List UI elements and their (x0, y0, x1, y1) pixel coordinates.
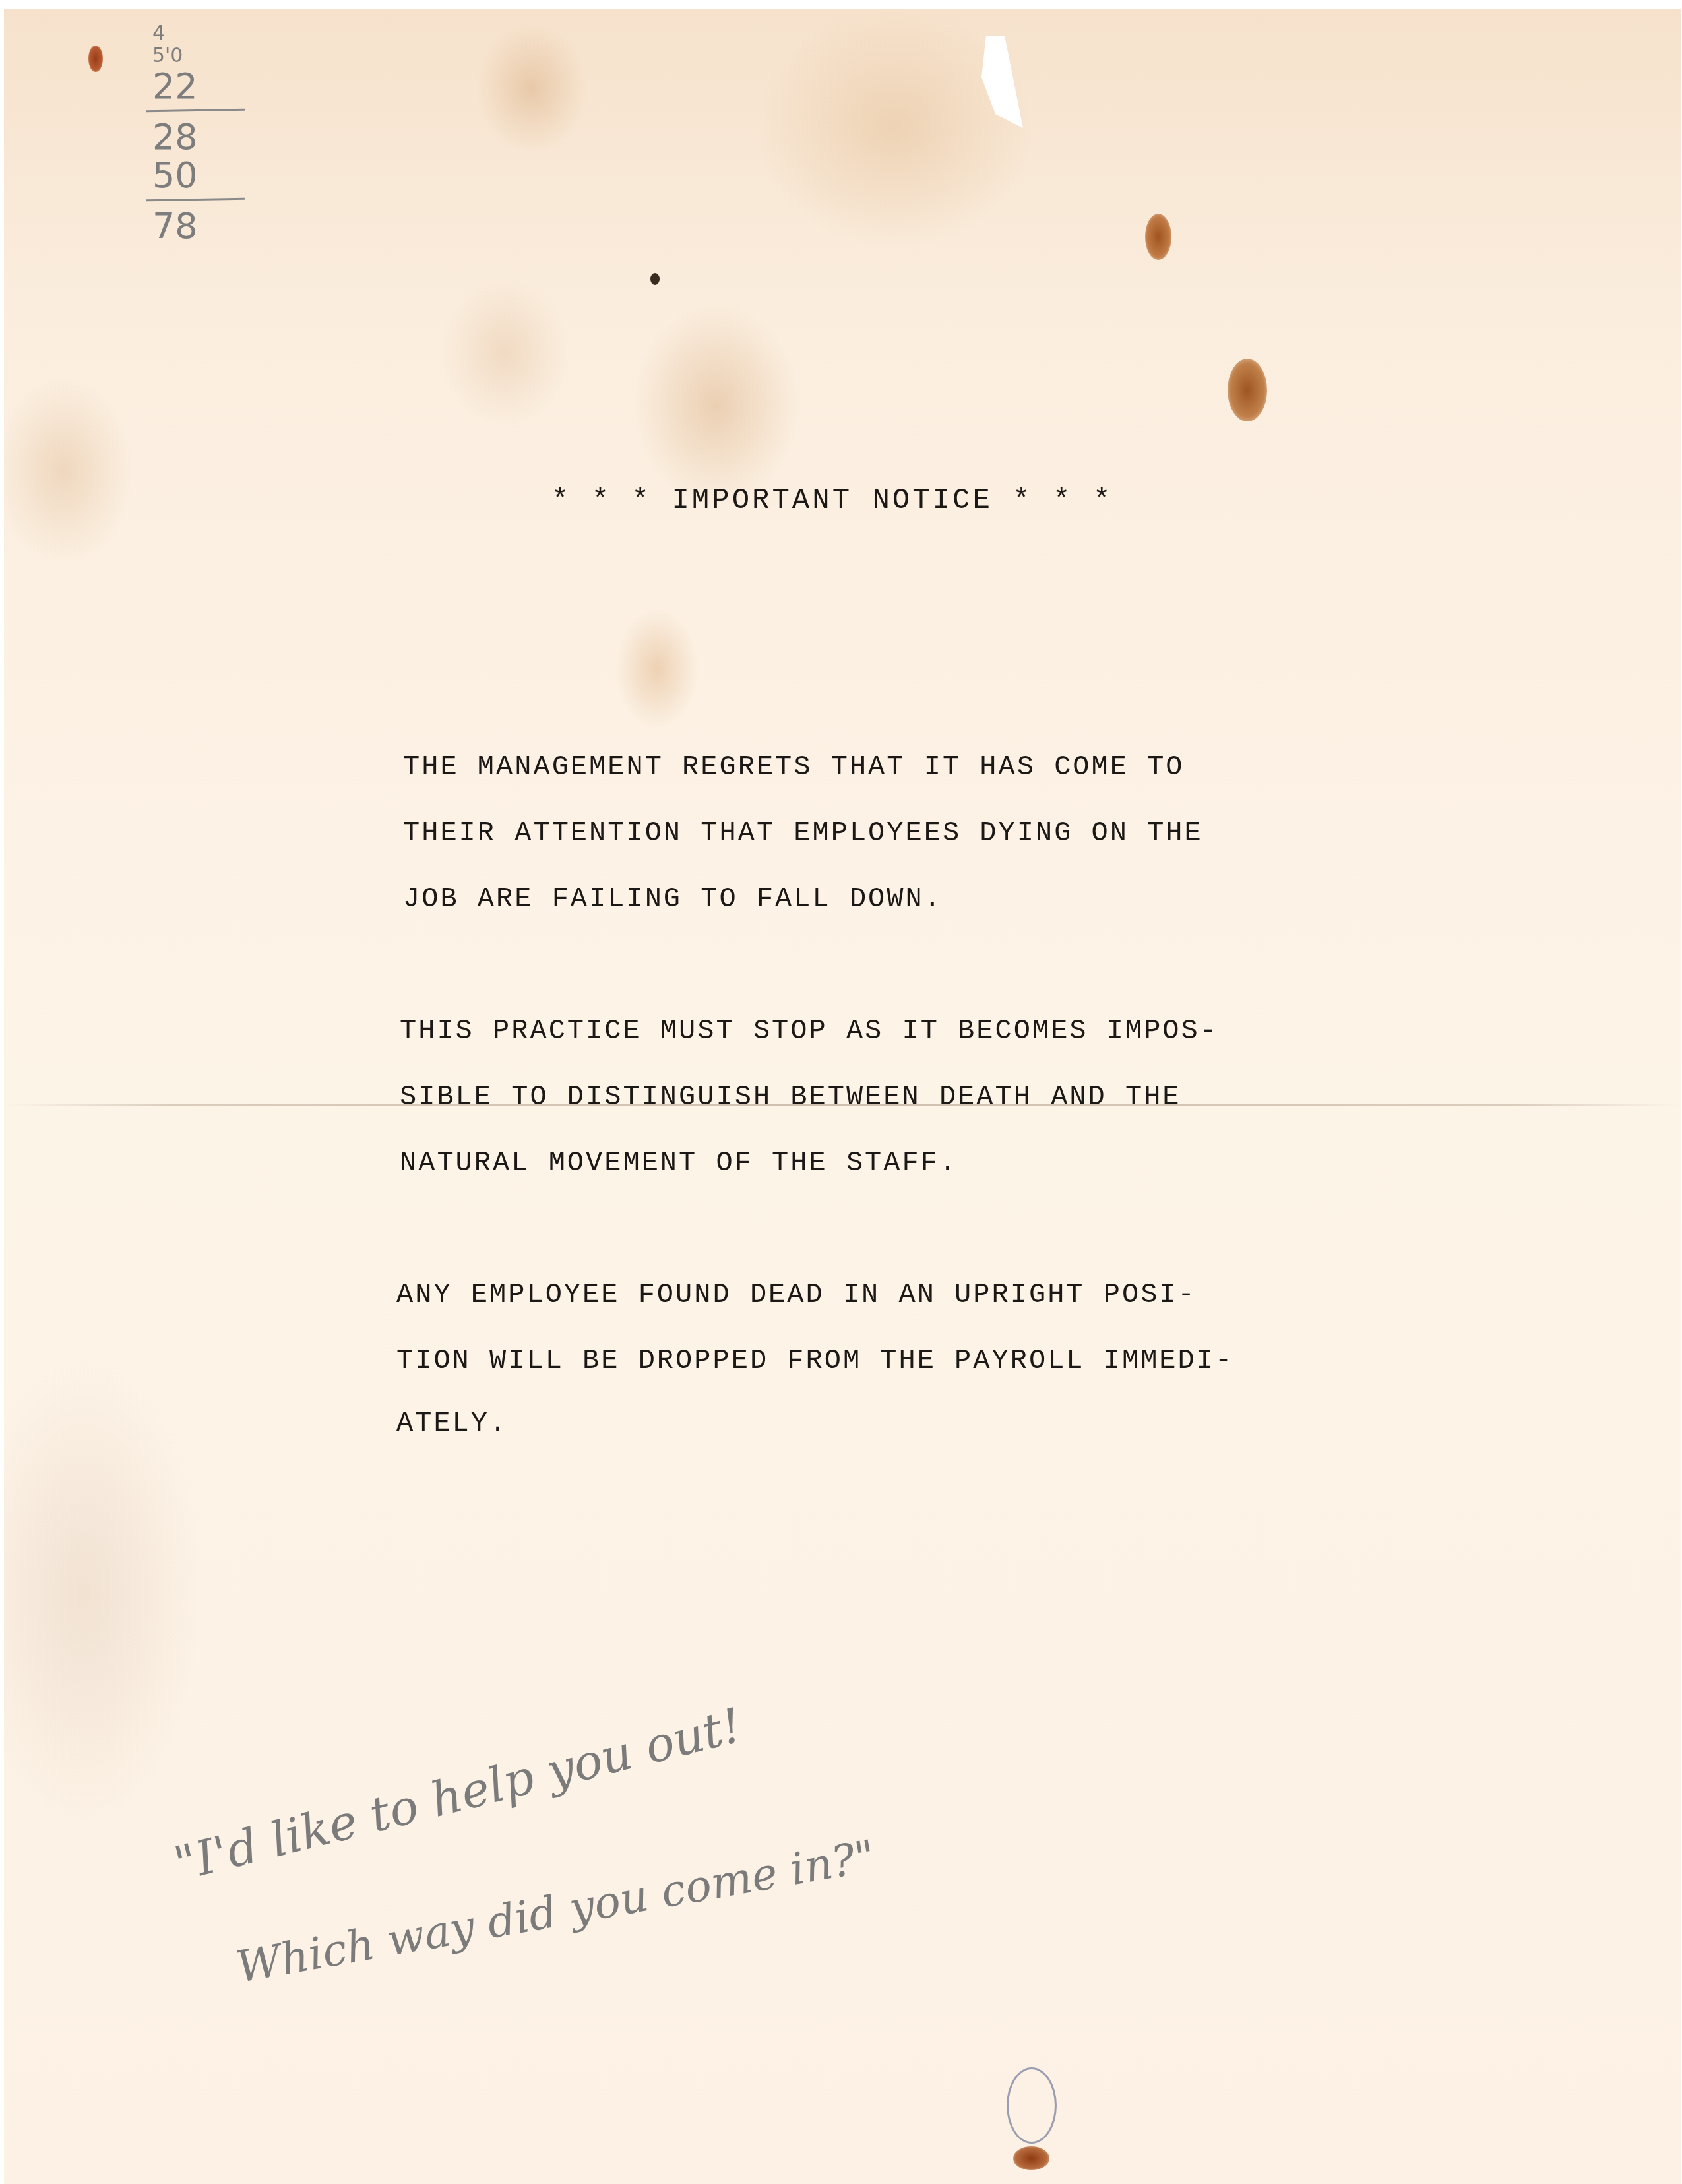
rust-stain (1228, 359, 1267, 421)
paper-sheet: 4 5'0 22 28 50 78 * * * IMPORTANT NOTICE… (4, 9, 1681, 2184)
notice-line: ANY EMPLOYEE FOUND DEAD IN AN UPRIGHT PO… (396, 1279, 1197, 1311)
pencil-doodle (1007, 2067, 1057, 2144)
notice-line: TION WILL BE DROPPED FROM THE PAYROLL IM… (396, 1345, 1233, 1377)
margin-note: 22 (152, 67, 265, 106)
rust-stain (1145, 214, 1171, 260)
margin-arithmetic: 4 5'0 22 28 50 78 (152, 22, 265, 245)
notice-title: * * * IMPORTANT NOTICE * * * (551, 484, 1113, 517)
sum-line (146, 109, 245, 113)
notice-line: ATELY. (396, 1408, 508, 1439)
sum-line (146, 198, 245, 202)
margin-note: 28 (152, 118, 265, 156)
rust-stain (1013, 2146, 1049, 2170)
handwritten-note-line: "I'd like to help you out! (169, 1697, 747, 1892)
paper-tear (977, 36, 1023, 128)
margin-note: 4 (152, 22, 265, 45)
notice-line: SIBLE TO DISTINGUISH BETWEEN DEATH AND T… (400, 1081, 1181, 1113)
notice-line: NATURAL MOVEMENT OF THE STAFF. (400, 1147, 958, 1179)
margin-note: 78 (152, 207, 265, 245)
margin-note: 5'0 (152, 45, 265, 67)
margin-note: 50 (152, 156, 265, 195)
rust-stain (88, 46, 103, 72)
hole (650, 273, 660, 285)
notice-line: THIS PRACTICE MUST STOP AS IT BECOMES IM… (400, 1015, 1218, 1047)
notice-line: JOB ARE FAILING TO FALL DOWN. (403, 883, 943, 915)
notice-line: THEIR ATTENTION THAT EMPLOYEES DYING ON … (403, 817, 1203, 849)
notice-line: THE MANAGEMENT REGRETS THAT IT HAS COME … (403, 751, 1185, 783)
